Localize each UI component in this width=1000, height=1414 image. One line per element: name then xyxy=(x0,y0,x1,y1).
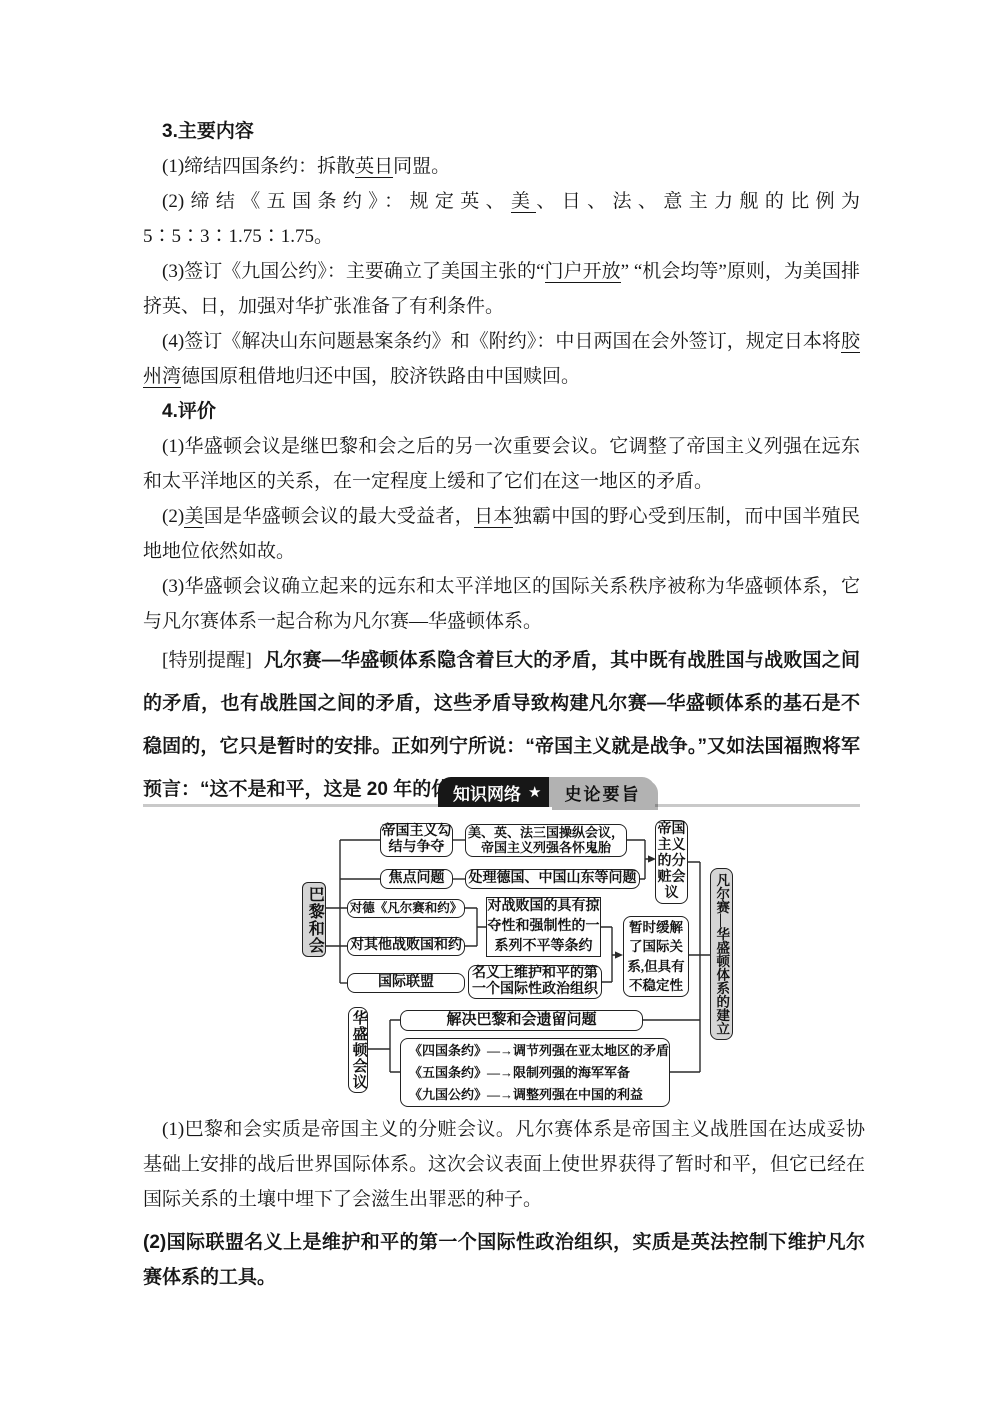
text-segment: (3)华盛顿会议确立起来的远东和太平洋地区的国际关系秩序被称为华盛顿体系，它与凡… xyxy=(143,576,860,632)
underlined-text: 门户开放 xyxy=(545,261,621,283)
paragraph-eval-1: (1)华盛顿会议是继巴黎和会之后的另一次重要会议。它调整了帝国主义列强在远东和太… xyxy=(143,429,860,499)
underlined-text: 美 xyxy=(184,506,204,528)
treaty-line-nine-power: 《九国公约》—→调整列强在中国的利益 xyxy=(409,1084,643,1106)
diagram-box-other-defeated-treaties: 对其他战败国和约 xyxy=(347,937,465,956)
diagram-box-league-of-nations: 国际联盟 xyxy=(347,973,465,993)
diagram-box-versailles-washington-system: 凡尔赛—华盛顿体系的建立 xyxy=(710,868,733,1040)
diagram-box-first-political-organization: 名义上维护和平的第一个国际性政治组织 xyxy=(468,965,602,999)
diagram-box-washington-treaties: 《四国条约》—→调节列强在亚太地区的矛盾 《五国条约》—→限制列强的海军军备 《… xyxy=(400,1038,670,1107)
diagram-box-paris-leftover-issues: 解决巴黎和会遗留问题 xyxy=(400,1010,643,1031)
banner-right-label: 史论要旨 xyxy=(564,780,640,805)
diagram-box-plunder-conference: 帝国主义的分赃会议 xyxy=(655,820,688,904)
paragraph-shandong-treaty: (4)签订《解决山东问题悬案条约》和《附约》：中日两国在会外签订，规定日本将胶州… xyxy=(143,324,860,394)
underlined-text: 英日 xyxy=(355,156,393,178)
underlined-text: 美 xyxy=(511,191,536,213)
note-paris-conference-essence: (1)巴黎和会实质是帝国主义的分赃会议。凡尔赛体系是帝国主义战胜国在达成妥协基础… xyxy=(143,1112,865,1217)
diagram-box-temporary-relief: 暂时缓解了国际关系,但具有不稳定性 xyxy=(623,916,689,997)
diagram-box-germany-shandong-issues: 处理德国、中国山东等问题 xyxy=(465,869,640,889)
document-page: 3.主要内容 (1)缔结四国条约：拆散英日同盟。 (2)缔结《五国条约》：规定英… xyxy=(0,0,1000,1414)
diagram-box-focus-issues: 焦点问题 xyxy=(380,869,453,889)
treaty-line-four-power: 《四国条约》—→调节列强在亚太地区的矛盾 xyxy=(409,1040,669,1062)
paragraph-nine-power-pact: (3)签订《九国公约》：主要确立了美国主张的“门户开放” “机会均等”原则，为美… xyxy=(143,254,860,324)
paragraph-four-power-treaty: (1)缔结四国条约：拆散英日同盟。 xyxy=(143,149,860,184)
text-segment: (1)华盛顿会议是继巴黎和会之后的另一次重要会议。它调整了帝国主义列强在远东和太… xyxy=(143,436,860,492)
text-segment: 同盟。 xyxy=(393,156,450,177)
paragraph-eval-2: (2)美国是华盛顿会议的最大受益者，日本独霸中国的野心受到压制，而中国半殖民地地… xyxy=(143,499,860,569)
special-reminder-label: [特别提醒] xyxy=(162,650,252,671)
note-league-of-nations-essence: (2)国际联盟名义上是维护和平的第一个国际性政治组织，实质是英法控制下维护凡尔赛… xyxy=(143,1225,865,1295)
star-icon: ★ xyxy=(528,783,541,801)
main-text-column: 3.主要内容 (1)缔结四国条约：拆散英日同盟。 (2)缔结《五国条约》：规定英… xyxy=(143,114,860,811)
diagram-box-unequal-treaties: 对战败国的具有掠夺性和强制性的一系列不平等条约 xyxy=(486,897,601,957)
banner-left-label: 知识网络 xyxy=(453,780,521,805)
diagram-box-imperialist-collusion: 帝国主义勾结与争夺 xyxy=(380,823,453,857)
banner-historical-summary: 史论要旨 xyxy=(549,777,655,807)
heading-evaluation: 4.评价 xyxy=(143,394,860,429)
treaty-line-five-power: 《五国条约》—→限制列强的海军军备 xyxy=(409,1062,630,1084)
heading-main-content: 3.主要内容 xyxy=(143,114,860,149)
text-segment: (4)签订《解决山东问题悬案条约》和《附约》：中日两国在会外签订，规定日本将 xyxy=(162,331,841,352)
section-banner: 知识网络 ★ 史论要旨 xyxy=(438,777,655,807)
text-segment: 国是华盛顿会议的最大受益者， xyxy=(204,506,474,527)
diagram-box-paris-conference: 巴黎和会 xyxy=(302,882,326,957)
text-segment: (1)缔结四国条约：拆散 xyxy=(162,156,355,177)
summary-notes: (1)巴黎和会实质是帝国主义的分赃会议。凡尔赛体系是帝国主义战胜国在达成妥协基础… xyxy=(143,1112,865,1295)
diagram-box-versailles-treaty: 对德《凡尔赛和约》 xyxy=(347,899,465,918)
underlined-text: 日本 xyxy=(474,506,513,528)
paragraph-five-power-treaty: (2)缔结《五国条约》：规定英、美、日、法、意主力舰的比例为 5∶5∶3∶1.7… xyxy=(143,184,860,254)
diagram-box-three-powers-manipulate: 美、英、法三国操纵会议，帝国主义列强各怀鬼胎 xyxy=(465,824,627,857)
paragraph-eval-3: (3)华盛顿会议确立起来的远东和太平洋地区的国际关系秩序被称为华盛顿体系，它与凡… xyxy=(143,569,860,639)
text-segment: (3)签订《九国公约》：主要确立了美国主张的“ xyxy=(162,261,545,282)
text-segment: (2) xyxy=(162,506,184,527)
diagram-box-washington-conference: 华盛顿会议 xyxy=(348,1007,368,1093)
text-segment: 德国原租借地归还中国，胶济铁路由中国赎回。 xyxy=(181,366,580,387)
text-segment: (2)缔结《五国条约》：规定英、 xyxy=(162,191,511,212)
knowledge-network-diagram: 巴黎和会 帝国主义勾结与争夺 美、英、法三国操纵会议，帝国主义列强各怀鬼胎 焦点… xyxy=(295,818,740,1110)
banner-knowledge-network: 知识网络 ★ xyxy=(438,777,549,807)
